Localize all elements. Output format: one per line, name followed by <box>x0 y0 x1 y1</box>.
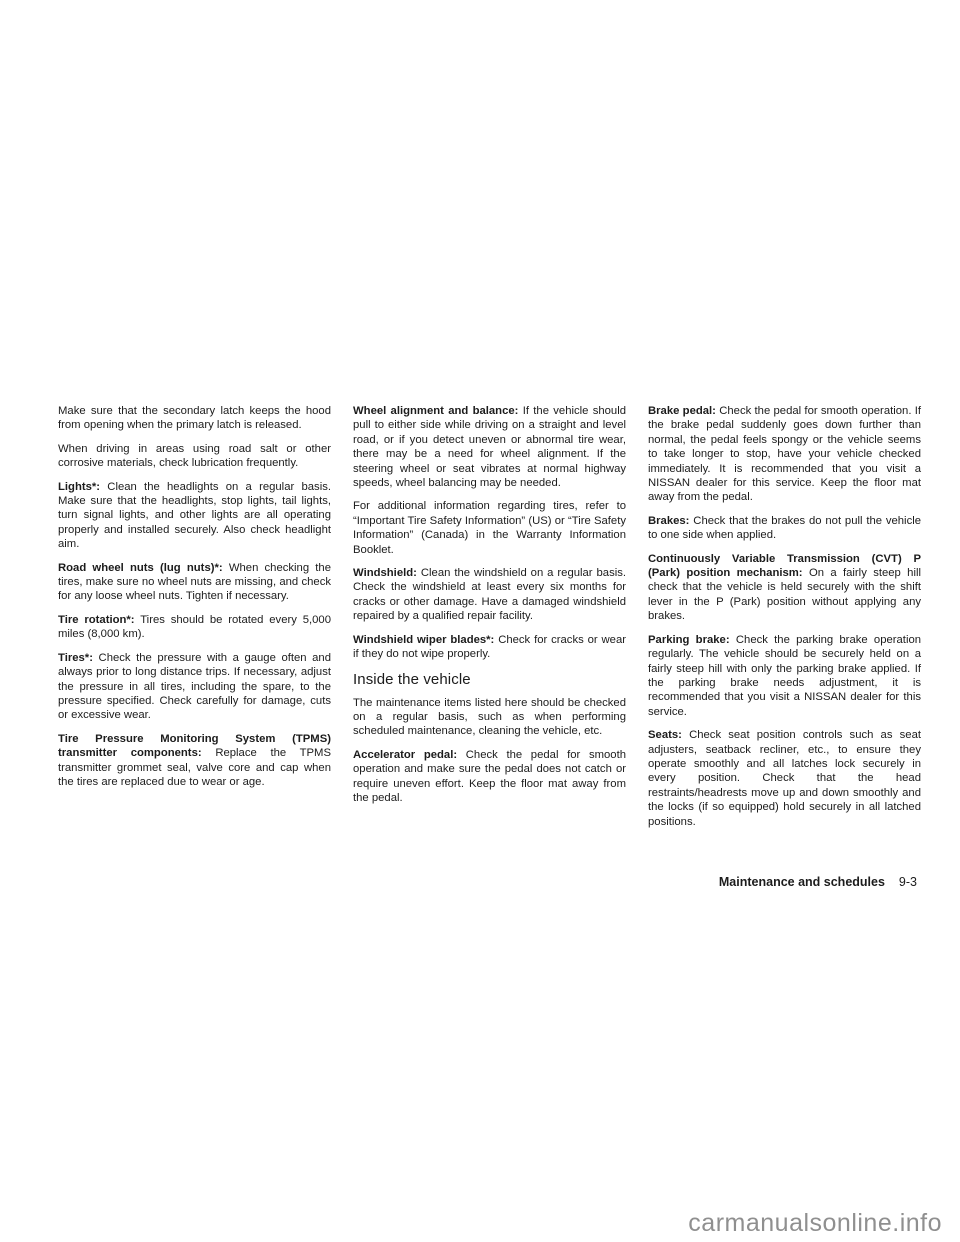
column-left: Make sure that the secondary latch keeps… <box>58 404 331 838</box>
paragraph-lights: Lights*: Clean the headlights on a regul… <box>58 480 331 552</box>
paragraph-maintenance-items: The maintenance items listed here should… <box>353 696 626 739</box>
page-footer: Maintenance and schedules9-3 <box>719 875 917 889</box>
paragraph-tpms: Tire Pressure Monitoring System (TPMS) t… <box>58 732 331 790</box>
paragraph-wheel-alignment: Wheel alignment and balance: If the vehi… <box>353 404 626 490</box>
paragraph-cvt-park-mechanism: Continuously Variable Transmission (CVT)… <box>648 552 921 624</box>
section-heading-inside-the-vehicle: Inside the vehicle <box>353 671 626 688</box>
paragraph-accelerator-pedal: Accelerator pedal: Check the pedal for s… <box>353 748 626 806</box>
paragraph-road-salt: When driving in areas using road salt or… <box>58 442 331 471</box>
page-body-columns: Make sure that the secondary latch keeps… <box>58 404 920 838</box>
footer-section-title: Maintenance and schedules <box>719 875 885 889</box>
paragraph-seats: Seats: Check seat position controls such… <box>648 728 921 829</box>
paragraph-road-wheel-nuts: Road wheel nuts (lug nuts)*: When checki… <box>58 561 331 604</box>
manual-page: Make sure that the secondary latch keeps… <box>0 0 960 1242</box>
paragraph-brake-pedal: Brake pedal: Check the pedal for smooth … <box>648 404 921 505</box>
watermark-text: carmanualsonline.info <box>688 1209 942 1238</box>
paragraph-wiper-blades: Windshield wiper blades*: Check for crac… <box>353 633 626 662</box>
column-middle: Wheel alignment and balance: If the vehi… <box>353 404 626 838</box>
paragraph-tires: Tires*: Check the pressure with a gauge … <box>58 651 331 723</box>
paragraph-tire-info-booklet: For additional information regarding tir… <box>353 499 626 557</box>
paragraph-tire-rotation: Tire rotation*: Tires should be rotated … <box>58 613 331 642</box>
footer-page-number: 9-3 <box>899 875 917 889</box>
paragraph-parking-brake: Parking brake: Check the parking brake o… <box>648 633 921 719</box>
paragraph-brakes: Brakes: Check that the brakes do not pul… <box>648 514 921 543</box>
column-right: Brake pedal: Check the pedal for smooth … <box>648 404 921 838</box>
paragraph-hood-latch: Make sure that the secondary latch keeps… <box>58 404 331 433</box>
paragraph-windshield: Windshield: Clean the windshield on a re… <box>353 566 626 624</box>
